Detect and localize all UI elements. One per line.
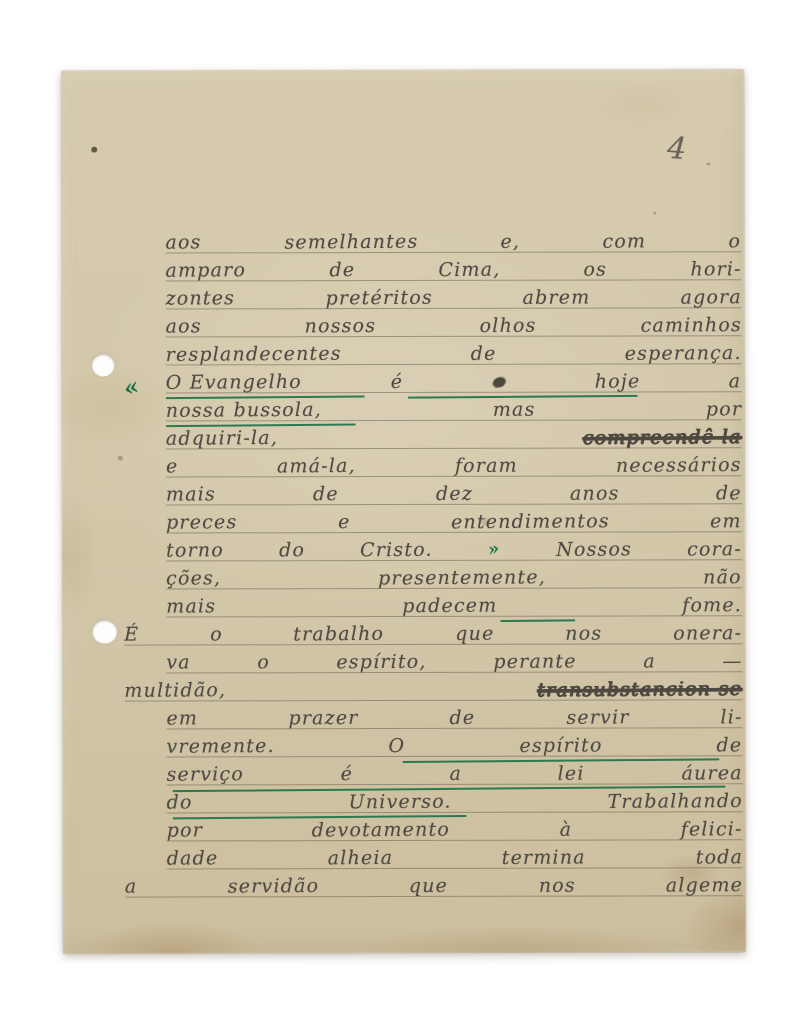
manuscript-line: preceseentendimentosem bbox=[166, 505, 742, 533]
manuscript-line: emprazerdeservirli- bbox=[166, 701, 742, 729]
handwritten-word: a bbox=[729, 371, 742, 391]
handwritten-word: em bbox=[710, 511, 742, 531]
handwritten-word: multidão, bbox=[124, 680, 226, 701]
manuscript-line: adquiri-la,compreendê-la bbox=[166, 421, 742, 449]
handwritten-word: entendimentos bbox=[451, 511, 610, 532]
handwritten-word: semelhantes bbox=[284, 232, 418, 253]
handwritten-word: Universo. bbox=[348, 792, 451, 813]
manuscript-line: nossa bussola,maspor bbox=[166, 393, 742, 421]
handwritten-word: o bbox=[257, 652, 270, 672]
handwritten-word: resplandecentes bbox=[166, 344, 342, 365]
handwritten-word: torno bbox=[166, 540, 224, 560]
handwritten-word: a bbox=[449, 764, 462, 784]
handwritten-word: de bbox=[329, 260, 355, 280]
handwritten-word: servir bbox=[566, 707, 629, 727]
handwritten-word: que bbox=[455, 624, 494, 644]
handwritten-word: mais bbox=[166, 484, 216, 504]
manuscript-line: vaoespírito,perantea— bbox=[166, 645, 742, 673]
handwritten-word: nos bbox=[538, 876, 575, 896]
handwritten-word: termina bbox=[502, 847, 586, 868]
manuscript-line: maispadecemfome. bbox=[166, 589, 742, 617]
manuscript-line: O Evangelhoéohojea bbox=[166, 365, 742, 393]
handwritten-word: com bbox=[603, 231, 647, 251]
handwritten-word: amá-la, bbox=[277, 456, 356, 477]
manuscript-line: vremente.Oespíritode bbox=[166, 729, 742, 757]
manuscript-line: aossemelhantese,como bbox=[165, 225, 741, 253]
scan-background: 4 « aossemelhantese,comoamparodeCima,osh… bbox=[0, 0, 808, 1024]
manuscript-line: serviçoéaleiáurea bbox=[167, 757, 743, 785]
manuscript-page: 4 « aossemelhantese,comoamparodeCima,osh… bbox=[61, 69, 746, 953]
handwritten-word: vremente. bbox=[166, 736, 274, 757]
handwritten-word: Cima, bbox=[438, 260, 500, 280]
handwritten-word: padecem bbox=[402, 596, 497, 617]
handwritten-word: prazer bbox=[289, 708, 359, 729]
handwritten-word: dez bbox=[436, 484, 473, 504]
handwritten-word: de bbox=[716, 483, 742, 503]
manuscript-line: maisdedezanosde bbox=[166, 477, 742, 505]
manuscript-line: amparodeCima,oshori- bbox=[165, 253, 741, 281]
handwritten-word: de bbox=[717, 735, 743, 755]
handwritten-word: hoje bbox=[595, 371, 641, 391]
handwritten-word: felici- bbox=[681, 819, 743, 839]
handwritten-word: anos bbox=[570, 483, 620, 503]
handwritten-word: cora- bbox=[687, 539, 742, 559]
handwritten-word: — bbox=[722, 651, 742, 671]
handwritten-word: Trabalhando bbox=[607, 791, 742, 812]
handwritten-word: os bbox=[583, 260, 607, 280]
handwritten-word: Nossos bbox=[556, 539, 632, 560]
handwritten-word: aos bbox=[165, 232, 201, 252]
handwritten-word: Cristo. bbox=[360, 540, 433, 561]
handwritten-word: amparo bbox=[165, 260, 246, 281]
handwritten-word: perante bbox=[493, 651, 576, 672]
handwritten-word: de bbox=[313, 484, 339, 504]
handwritten-word: preces bbox=[166, 512, 237, 533]
handwritten-word: foram bbox=[455, 456, 518, 476]
handwritten-word: devotamento bbox=[312, 820, 450, 841]
manuscript-line: Éotrabalhoquenosonera- bbox=[124, 617, 742, 645]
handwritten-word: transubstancion-se bbox=[538, 679, 743, 701]
handwritten-word: mais bbox=[166, 596, 216, 616]
handwritten-word: por bbox=[167, 820, 203, 840]
handwritten-word: trabalho bbox=[294, 624, 385, 645]
handwritten-word: adquiri-la, bbox=[166, 428, 278, 449]
handwritten-word: olhos bbox=[480, 316, 537, 336]
handwritten-word: a bbox=[125, 877, 138, 897]
handwritten-word: espírito bbox=[520, 735, 603, 756]
handwritten-word: é bbox=[340, 764, 353, 784]
handwritten-word: algeme bbox=[665, 875, 742, 896]
handwritten-word: fome. bbox=[682, 595, 742, 615]
handwritten-word: pretéritos bbox=[325, 288, 433, 309]
handwritten-word: em bbox=[166, 708, 198, 728]
handwritten-word: aos bbox=[166, 316, 202, 336]
handwritten-word: o bbox=[210, 624, 223, 644]
handwritten-word: lei bbox=[558, 764, 585, 784]
manuscript-line: ções,presentemente,não bbox=[166, 561, 742, 589]
handwritten-word: li- bbox=[720, 707, 742, 727]
manuscript-line: doUniverso.Trabalhando bbox=[167, 785, 743, 813]
handwritten-word: O bbox=[389, 736, 406, 756]
handwritten-word: de bbox=[470, 344, 496, 364]
handwritten-word: por bbox=[705, 399, 741, 419]
manuscript-line: eamá-la,foramnecessários bbox=[166, 449, 742, 477]
handwritten-word: servidão bbox=[227, 876, 319, 897]
handwritten-word: va bbox=[166, 652, 191, 672]
handwritten-word: hori- bbox=[690, 259, 741, 279]
handwritten-word: o bbox=[729, 231, 742, 251]
handwritten-word: que bbox=[409, 876, 448, 896]
handwritten-word: dade bbox=[167, 848, 219, 868]
handwritten-word: É bbox=[124, 625, 139, 645]
handwritten-word: à bbox=[559, 820, 572, 840]
handwritten-word: e, bbox=[500, 232, 520, 252]
handwritten-word: do bbox=[167, 792, 193, 812]
handwritten-word: espírito, bbox=[336, 652, 426, 673]
handwritten-word: compreendê-la bbox=[583, 427, 742, 448]
handwritten-word: do bbox=[279, 540, 305, 560]
pencil-scribble: o bbox=[490, 375, 508, 390]
handwritten-word: nossos bbox=[305, 316, 377, 337]
handwritten-word: toda bbox=[695, 847, 743, 867]
handwritten-word: abrem bbox=[522, 287, 590, 307]
manuscript-line: tornodoCristo.»Nossoscora- bbox=[166, 533, 742, 561]
handwritten-word: onera- bbox=[673, 623, 742, 644]
handwritten-word: esperança. bbox=[625, 343, 742, 364]
handwritten-word: necessários bbox=[616, 455, 742, 476]
handwritten-word: não bbox=[703, 567, 742, 587]
manuscript-line: aosnossosolhoscaminhos bbox=[166, 309, 742, 337]
manuscript-line: dadealheiaterminatoda bbox=[167, 841, 743, 869]
green-close-quote-mark: » bbox=[486, 539, 503, 561]
handwritten-word: nossa bussola, bbox=[166, 400, 322, 421]
handwritten-word: de bbox=[450, 708, 476, 728]
handwritten-word: é bbox=[390, 372, 403, 392]
handwritten-word: serviço bbox=[166, 764, 244, 785]
handwritten-word: a bbox=[643, 651, 656, 671]
handwritten-word: e bbox=[338, 512, 351, 532]
handwritten-word: zontes bbox=[165, 288, 235, 309]
handwritten-word: mas bbox=[492, 400, 535, 420]
manuscript-line: pordevotamentoàfelici- bbox=[167, 813, 743, 841]
handwritten-word: e bbox=[166, 456, 179, 476]
handwritten-word: agora bbox=[680, 287, 741, 307]
handwritten-word: presentemente, bbox=[378, 567, 546, 588]
handwritten-word: ções, bbox=[166, 568, 221, 588]
handwritten-word: áurea bbox=[681, 763, 742, 783]
handwritten-word: nos bbox=[565, 623, 602, 643]
manuscript-line: multidão,transubstancion-se bbox=[124, 673, 742, 701]
handwritten-word: O Evangelho bbox=[166, 372, 302, 393]
handwritten-word: caminhos bbox=[640, 315, 741, 336]
handwritten-word: alheia bbox=[327, 848, 393, 868]
manuscript-line: zontespretéritosabremagora bbox=[166, 281, 742, 309]
manuscript-lines: aossemelhantese,comoamparodeCima,oshori-… bbox=[61, 69, 746, 953]
manuscript-line: resplandecentesdeesperança. bbox=[166, 337, 742, 365]
manuscript-line: aservidãoquenosalgeme bbox=[125, 869, 743, 897]
